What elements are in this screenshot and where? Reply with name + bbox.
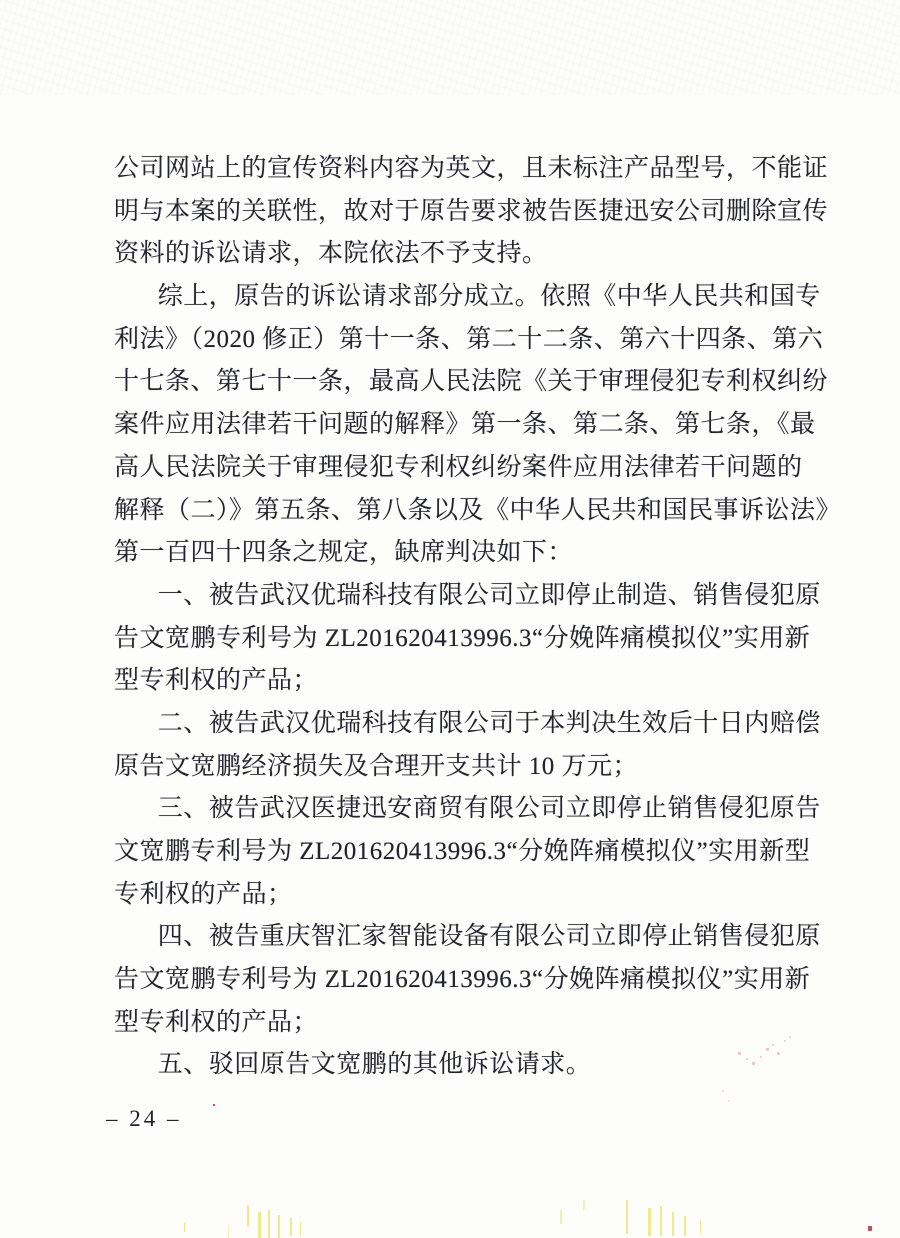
text-line-ruling-1: 一、被告武汉优瑞科技有限公司立即停止制造、销售侵犯原 xyxy=(114,575,793,618)
text-line-ruling-4: 四、被告重庆智汇家智能设备有限公司立即停止销售侵犯原 xyxy=(114,916,793,959)
scan-artifact xyxy=(560,1210,562,1224)
text-line: 告文宽鹏专利号为 ZL201620413996.3“分娩阵痛模拟仪”实用新 xyxy=(114,618,793,661)
scan-artifact xyxy=(184,1222,185,1232)
text-line: 明与本案的关联性，故对于原告要求被告医捷迅安公司删除宣传 xyxy=(114,191,793,234)
scan-artifact xyxy=(626,1200,628,1234)
scan-artifact xyxy=(247,1205,249,1227)
text-line: 型专利权的产品； xyxy=(114,660,793,703)
scan-artifact xyxy=(268,1210,270,1238)
text-line-ruling-5: 五、驳回原告文宽鹏的其他诉讼请求。 xyxy=(114,1044,793,1087)
scan-artifact xyxy=(278,1215,280,1238)
scan-artifact xyxy=(290,1218,292,1236)
text-line: 资料的诉讼请求，本院依法不予支持。 xyxy=(114,233,793,276)
text-line: 案件应用法律若干问题的解释》第一条、第二条、第七条，《最 xyxy=(114,404,793,447)
scan-artifact xyxy=(228,1226,229,1238)
page-number: – 24 – xyxy=(106,1106,182,1132)
judgment-text-block: 公司网站上的宣传资料内容为英文，且未标注产品型号，不能证 明与本案的关联性，故对… xyxy=(114,148,793,1087)
scan-artifact xyxy=(700,1220,701,1234)
text-line: 公司网站上的宣传资料内容为英文，且未标注产品型号，不能证 xyxy=(114,148,793,191)
text-line-ruling-3: 三、被告武汉医捷迅安商贸有限公司立即停止销售侵犯原告 xyxy=(114,788,793,831)
scan-artifact xyxy=(583,1200,585,1210)
text-line: 文宽鹏专利号为 ZL201620413996.3“分娩阵痛模拟仪”实用新型 xyxy=(114,831,793,874)
scan-artifact xyxy=(672,1212,674,1236)
scan-artifact xyxy=(213,1104,215,1106)
text-line: 十七条、第七十一条，最高人民法院《关于审理侵犯专利权纠纷 xyxy=(114,361,793,404)
text-line: 解释（二）》第五条、第八条以及《中华人民共和国民事诉讼法》 xyxy=(114,490,793,533)
scan-artifact xyxy=(868,1226,872,1231)
scan-artifact xyxy=(684,1216,686,1236)
scan-artifact xyxy=(728,1100,730,1102)
scan-artifact xyxy=(660,1206,662,1236)
text-line: 原告文宽鹏经济损失及合理开支共计 10 万元； xyxy=(114,746,793,789)
text-line: 专利权的产品； xyxy=(114,874,793,917)
scan-artifact xyxy=(300,1222,301,1236)
text-line: 第一百四十四条之规定，缺席判决如下： xyxy=(114,532,793,575)
scan-artifact xyxy=(258,1212,261,1238)
text-line: 型专利权的产品； xyxy=(114,1002,793,1045)
text-line: 高人民法院关于审理侵犯专利权纠纷案件应用法律若干问题的 xyxy=(114,447,793,490)
scan-artifact xyxy=(722,1090,724,1092)
scan-noise-texture xyxy=(0,0,900,95)
text-line-ruling-2: 二、被告武汉优瑞科技有限公司于本判决生效后十日内赔偿 xyxy=(114,703,793,746)
text-line: 利法》（2020 修正）第十一条、第二十二条、第六十四条、第六 xyxy=(114,319,793,362)
text-line: 告文宽鹏专利号为 ZL201620413996.3“分娩阵痛模拟仪”实用新 xyxy=(114,959,793,1002)
scan-artifact xyxy=(648,1208,651,1236)
text-line: 综上，原告的诉讼请求部分成立。依照《中华人民共和国专 xyxy=(114,276,793,319)
